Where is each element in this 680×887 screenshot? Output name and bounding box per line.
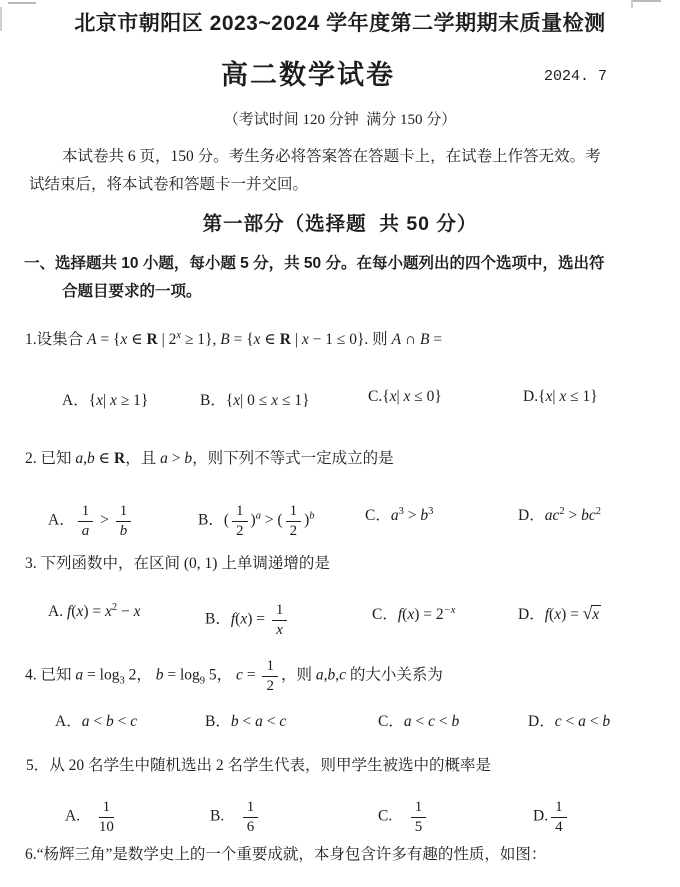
question-4-stem: 4. 已知 a = log3 2， b = log9 5， c = 12，则 a…	[25, 658, 443, 694]
question-5-option-b: B. 16	[210, 799, 261, 835]
exam-info: （考试时间 120 分钟 满分 150 分）	[0, 108, 680, 129]
question-5-option-d: D.14	[533, 799, 570, 835]
question-5-stem: 5．从 20 名学生中随机选出 2 名学生代表，则甲学生被选中的概率是	[26, 753, 491, 775]
notice-line-2: 试结束后，将本试卷和答题卡一并交回。	[29, 173, 308, 196]
scan-artifact-top-right-v	[631, 1, 633, 8]
question-3-stem: 3. 下列函数中，在区间 (0, 1) 上单调递增的是	[25, 551, 330, 573]
exam-date: 2024. 7	[544, 68, 607, 85]
question-1-option-c: C.{x| x ≤ 0}	[368, 388, 442, 406]
scan-artifact-top-right-h	[631, 0, 661, 2]
question-4-option-b: B．b < a < c	[205, 709, 286, 731]
question-1-option-a: A．{x| x ≥ 1}	[62, 388, 148, 410]
question-3-option-b: B．f(x) = 1x	[205, 602, 290, 638]
question-2-option-a: A．1a > 1b	[48, 503, 134, 539]
question-1-option-b: B．{x| 0 ≤ x ≤ 1}	[200, 388, 310, 410]
question-6-stem: 6.“杨辉三角”是数学史上的一个重要成就，本身包含许多有趣的性质，如图：	[25, 842, 546, 864]
exam-paper-page: 北京市朝阳区 2023~2024 学年度第二学期期末质量检测 高二数学试卷 20…	[0, 0, 680, 887]
question-3-option-a: A. f(x) = x2 − x	[48, 602, 141, 621]
section-intro-line-1: 一、选择题共 10 小题，每小题 5 分，共 50 分。在每小题列出的四个选项中…	[24, 252, 604, 275]
question-4-option-c: C．a < c < b	[378, 709, 459, 731]
question-1-stem: 1.设集合 A = {x ∈ R | 2x ≥ 1}, B = {x ∈ R |…	[25, 327, 442, 349]
question-5-option-a: A. 110	[65, 799, 117, 835]
page-title: 北京市朝阳区 2023~2024 学年度第二学期期末质量检测	[0, 9, 680, 38]
question-1-option-d: D.{x| x ≤ 1}	[523, 388, 598, 406]
question-3-option-c: C．f(x) = 2−x	[372, 602, 455, 624]
scan-artifact-top-left-h	[8, 2, 36, 4]
question-2-option-c: C．a3 > b3	[365, 503, 433, 525]
paper-subtitle: 高二数学试卷	[221, 53, 395, 92]
part1-title: 第一部分（选择题 共 50 分）	[0, 208, 680, 236]
question-4-option-a: A．a < b < c	[55, 709, 137, 731]
question-2-option-d: D．ac2 > bc2	[518, 503, 601, 525]
question-5-option-c: C. 15	[378, 799, 429, 835]
question-3-option-d: D．f(x) = √x	[518, 602, 601, 624]
notice-line-1: 本试卷共 6 页，150 分。考生务必将答案答在答题卡上，在试卷上作答无效。考	[62, 145, 601, 168]
question-2-option-b: B．(12)a > (12)b	[198, 503, 315, 539]
question-2-stem: 2. 已知 a,b ∈ R，且 a > b，则下列不等式一定成立的是	[25, 446, 394, 468]
question-4-option-d: D．c < a < b	[528, 709, 610, 731]
section-intro-line-2: 合题目要求的一项。	[62, 280, 202, 303]
